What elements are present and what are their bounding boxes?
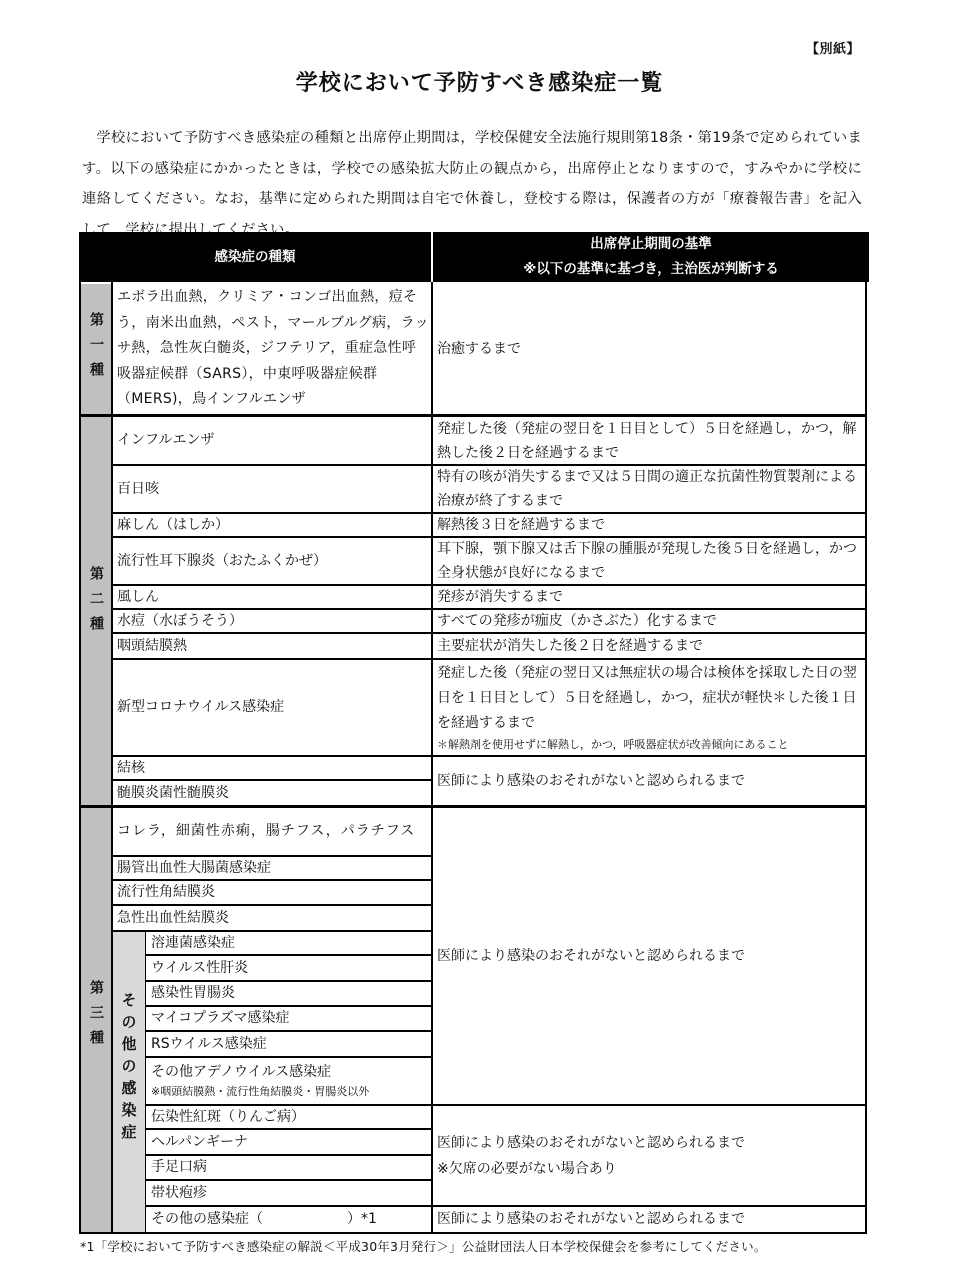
criteria-note: ＊解熱剤を使用せずに解熱し，かつ，呼吸器症状が改善傾向にあること — [437, 736, 789, 754]
table-row-disease: 新型コロナウイルス感染症 — [113, 660, 431, 755]
infectious-disease-table: 感染症の種類 出席停止期間の基準 ※以下の基準に基づき，主治医が判断する 第一種… — [79, 232, 867, 1234]
disease-name: その他アデノウイルス感染症 — [151, 1061, 331, 1083]
table-row-disease: 風しん — [113, 586, 431, 608]
disease-name: 咽頭結膜熱 — [117, 634, 187, 659]
header-disease-type: 感染症の種類 — [79, 232, 431, 282]
category-2-label: 第二種 — [81, 416, 111, 806]
table-row-criteria: 解熱後３日を経過するまで — [433, 514, 867, 536]
table-row-disease: 麻しん（はしか） — [113, 514, 431, 536]
disease-note: ※咽頭結膜熱・流行性角結膜炎・胃腸炎以外 — [151, 1083, 369, 1101]
disease-name: 流行性角結膜炎 — [117, 880, 215, 905]
table-row-disease: コレラ，細菌性赤痢，腸チフス，パラチフス — [113, 808, 431, 855]
header-criteria-line1: 出席停止期間の基準 — [590, 232, 712, 257]
table-row-criteria: 主要症状が消失した後２日を経過するまで — [433, 634, 867, 658]
table-row-criteria: 医師により感染のおそれがないと認められるまで — [433, 1207, 867, 1232]
category-3-text: 第三種 — [86, 980, 106, 1055]
table-row-disease: 手足口病 — [147, 1156, 431, 1179]
criteria-text: 主要症状が消失した後２日を経過するまで — [437, 634, 703, 659]
disease-name: 伝染性紅斑（りんご病） — [151, 1105, 305, 1130]
table-row-disease: 流行性角結膜炎 — [113, 881, 431, 904]
disease-name: 百日咳 — [117, 477, 159, 502]
table-row-disease: RSウイルス感染症 — [147, 1032, 431, 1056]
table-row-criteria: 医師により感染のおそれがないと認められるまで — [433, 757, 867, 805]
disease-name: 風しん — [117, 585, 159, 610]
other-infections-text: その他の感染症 — [119, 992, 140, 1146]
table-row-criteria: 特有の咳が消失するまで又は５日間の適正な抗菌性物質製剤による治療が終了するまで — [433, 466, 867, 512]
disease-name: ヘルパンギーナ — [151, 1130, 248, 1155]
disease-name: 結核 — [117, 756, 145, 781]
table-row-disease: 急性出血性結膜炎 — [113, 906, 431, 930]
disease-name: ウイルス性肝炎 — [151, 956, 248, 981]
criteria-text: 発疹が消失するまで — [437, 585, 563, 610]
table-row-criteria: 発疹が消失するまで — [433, 586, 867, 608]
table-row-disease: マイコプラズマ感染症 — [147, 1007, 431, 1030]
header-divider — [431, 235, 433, 281]
table-row-disease: 結核 — [113, 757, 431, 779]
table-row-disease: 感染性胃腸炎 — [147, 982, 431, 1005]
table-row-disease: 百日咳 — [113, 466, 431, 512]
disease-name: 感染性胃腸炎 — [151, 981, 235, 1006]
criteria-text: 医師により感染のおそれがないと認められるまで — [437, 769, 745, 794]
other-infections-label: その他の感染症 — [113, 932, 145, 1232]
category-3-label: 第三種 — [81, 808, 111, 1232]
category-1-label: 第一種 — [81, 284, 111, 414]
footnote: *1「学校において予防すべき感染症の解説＜平成30年3月発行＞」公益財団法人日本… — [80, 1237, 767, 1255]
category-1-diseases: エボラ出血熱，クリミア・コンゴ出血熱，痘そう，南米出血熱，ペスト，マールブルグ病… — [113, 284, 431, 414]
criteria-text: すべての発疹が痂皮（かさぶた）化するまで — [437, 609, 717, 634]
table-row-disease: 帯状疱疹 — [147, 1181, 431, 1205]
table-row-disease: 流行性耳下腺炎（おたふくかぜ） — [113, 538, 431, 584]
table-row-criteria: すべての発疹が痂皮（かさぶた）化するまで — [433, 610, 867, 632]
disease-name: その他の感染症（ ）*1 — [151, 1207, 377, 1232]
criteria-text: 発症した後（発症の翌日又は無症状の場合は検体を採取した日の翌日を１日目として）５… — [437, 661, 867, 736]
table-row-criteria: 発症した後（発症の翌日を１日目として）５日を経過し，かつ，解熱した後２日を経過す… — [433, 417, 867, 464]
table-row-disease: ウイルス性肝炎 — [147, 956, 431, 980]
table-row-disease: インフルエンザ — [113, 417, 431, 464]
disease-name: 溶連菌感染症 — [151, 931, 235, 956]
disease-name: 髄膜炎菌性髄膜炎 — [117, 781, 229, 806]
criteria-note: ※欠席の必要がない場合あり — [437, 1156, 617, 1182]
disease-name: 新型コロナウイルス感染症 — [117, 695, 284, 720]
criteria-text: 耳下腺，顎下腺又は舌下腺の腫脹が発現した後５日を経過し，かつ全身状態が良好になる… — [437, 537, 867, 585]
table-row-disease: その他の感染症（ ）*1 — [147, 1207, 431, 1232]
disease-name: 水痘（水ぼうそう） — [117, 609, 243, 634]
category-2-text: 第二種 — [86, 566, 106, 641]
disease-name: RSウイルス感染症 — [151, 1032, 267, 1057]
intro-text: 学校において予防すべき感染症の種類と出席停止期間は，学校保健安全法施行規則第18… — [82, 123, 862, 245]
table-row-disease: ヘルパンギーナ — [147, 1130, 431, 1154]
table-row-criteria: 耳下腺，顎下腺又は舌下腺の腫脹が発現した後５日を経過し，かつ全身状態が良好になる… — [433, 538, 867, 584]
category-1-criteria: 治癒するまで — [433, 284, 867, 414]
table-row-criteria: 発症した後（発症の翌日又は無症状の場合は検体を採取した日の翌日を１日目として）５… — [433, 660, 867, 755]
criteria-text: 特有の咳が消失するまで又は５日間の適正な抗菌性物質製剤による治療が終了するまで — [437, 465, 867, 513]
category-1-diseases-text: エボラ出血熱，クリミア・コンゴ出血熱，痘そう，南米出血熱，ペスト，マールブルグ病… — [117, 285, 429, 413]
table-row-criteria: 医師により感染のおそれがないと認められるまで — [433, 808, 867, 1104]
table-row-disease: 咽頭結膜熱 — [113, 634, 431, 658]
category-1-criteria-text: 治癒するまで — [437, 337, 521, 362]
table-row-disease: 水痘（水ぼうそう） — [113, 610, 431, 632]
header-disease-label: 感染症の種類 — [215, 245, 296, 270]
header-criteria: 出席停止期間の基準 ※以下の基準に基づき，主治医が判断する — [433, 232, 869, 282]
table-row-criteria: 医師により感染のおそれがないと認められるまで ※欠席の必要がない場合あり — [433, 1106, 867, 1205]
criteria-text: 医師により感染のおそれがないと認められるまで — [437, 944, 745, 969]
table-row-disease: 髄膜炎菌性髄膜炎 — [113, 781, 431, 805]
disease-name: インフルエンザ — [117, 428, 214, 453]
disease-name: 腸管出血性大腸菌感染症 — [117, 856, 271, 881]
criteria-text: 発症した後（発症の翌日を１日目として）５日を経過し，かつ，解熱した後２日を経過す… — [437, 417, 867, 465]
criteria-text: 医師により感染のおそれがないと認められるまで — [437, 1207, 745, 1232]
disease-name: コレラ，細菌性赤痢，腸チフス，パラチフス — [117, 819, 415, 844]
disease-name: 帯状疱疹 — [151, 1181, 207, 1206]
page-title: 学校において予防すべき感染症一覧 — [0, 66, 959, 97]
table-row-disease: その他アデノウイルス感染症 ※咽頭結膜熱・流行性角結膜炎・胃腸炎以外 — [147, 1058, 431, 1104]
table-row-disease: 溶連菌感染症 — [147, 932, 431, 954]
table-row-disease: 腸管出血性大腸菌感染症 — [113, 857, 431, 879]
sub-divider — [145, 932, 146, 1234]
disease-name: マイコプラズマ感染症 — [151, 1006, 289, 1031]
disease-name: 急性出血性結膜炎 — [117, 906, 229, 931]
header-criteria-line2: ※以下の基準に基づき，主治医が判断する — [523, 257, 779, 282]
disease-name: 麻しん（はしか） — [117, 513, 229, 538]
disease-name: 手足口病 — [151, 1155, 207, 1180]
criteria-text: 解熱後３日を経過するまで — [437, 513, 605, 538]
table-row-disease: 伝染性紅斑（りんご病） — [147, 1106, 431, 1128]
intro-paragraph: 学校において予防すべき感染症の種類と出席停止期間は，学校保健安全法施行規則第18… — [82, 123, 862, 245]
annex-label: 【別紙】 — [806, 38, 860, 57]
category-1-text: 第一種 — [86, 312, 106, 387]
disease-name: 流行性耳下腺炎（おたふくかぜ） — [117, 549, 327, 574]
criteria-text: 医師により感染のおそれがないと認められるまで — [437, 1130, 745, 1156]
